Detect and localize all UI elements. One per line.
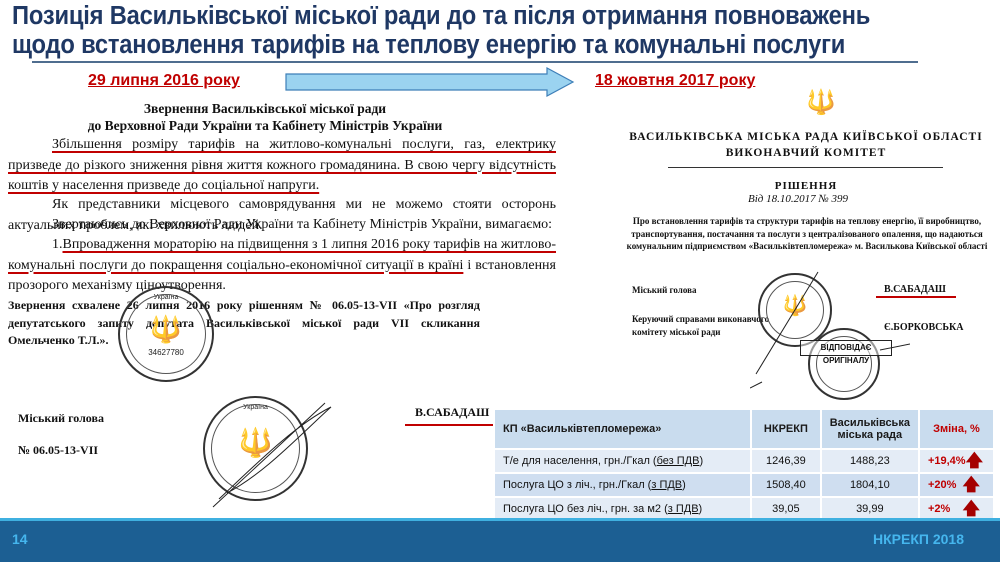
left-doc-heading-1: Звернення Васильківської міської ради (100, 100, 430, 117)
left-mayor-label: Міський голова (18, 408, 104, 429)
right-mayor-label: Міський голова (632, 284, 697, 297)
table-header-row: КП «Васильківтепломережа» НКРЕКП Васильк… (495, 410, 995, 450)
left-mayor-name: В.САБАДАШ (415, 402, 489, 423)
coat-of-arms-icon: 🔱 (806, 88, 836, 117)
arrow-up-icon: 🡅 (963, 503, 980, 515)
decision-date-number: Від 18.10.2017 № 399 (748, 193, 848, 206)
table-row: Т/е для населення, грн./Гкал (без ПДВ) 1… (495, 450, 995, 474)
trident-icon: 🔱 (150, 314, 182, 345)
table-row: Послуга ЦО з ліч., грн./Гкал (з ПДВ) 150… (495, 474, 995, 498)
header-enterprise: КП «Васильківтепломережа» (495, 410, 752, 450)
slide-title: Позиція Васильківської міської ради до т… (12, 2, 923, 60)
page-number: 14 (12, 531, 28, 547)
date-after: 18 жовтня 2017 року (595, 72, 755, 90)
slide-footer: 14 НКРЕКП 2018 (0, 521, 1000, 562)
left-doc-para-1: Збільшення розміру тарифів на житлово-ко… (8, 135, 556, 197)
timeline-arrow-icon (285, 67, 575, 97)
footer-brand: НКРЕКП 2018 (873, 531, 964, 547)
header-rule (668, 167, 943, 168)
signature-icon (205, 395, 335, 515)
left-doc-number: № 06.05-13-VII (18, 440, 98, 461)
left-doc-approval: Звернення схвалене 26 липня 2016 року рі… (8, 297, 480, 350)
highlighted-text: Збільшення розміру тарифів на житлово-ко… (8, 137, 556, 193)
header-change: Зміна, % (920, 410, 995, 450)
arrow-up-icon: 🡅 (963, 479, 980, 491)
header-nkrekp: НКРЕКП (752, 410, 822, 450)
mayor-name-underline (405, 424, 493, 426)
title-divider (32, 61, 918, 63)
slide-title-line2: щодо встановлення тарифів на теплову ене… (12, 31, 923, 60)
org-name-line2: ВИКОНАВЧИЙ КОМІТЕТ (620, 145, 992, 162)
header-council: Васильківська міська рада (822, 410, 920, 450)
date-before: 29 липня 2016 року (88, 72, 240, 90)
left-doc-heading-2: до Верховної Ради України та Кабінету Мі… (70, 117, 460, 134)
tariff-comparison-table: КП «Васильківтепломережа» НКРЕКП Васильк… (495, 410, 995, 522)
arrow-up-icon: 🡅 (966, 455, 983, 467)
official-stamp: Україна 🔱 34627780 (118, 286, 214, 382)
org-name-line1: ВАСИЛЬКІВСЬКА МІСЬКА РАДА КИЇВСЬКОЇ ОБЛА… (620, 129, 992, 146)
left-doc-para-4: 1.Впровадження мораторію на підвищення з… (8, 235, 556, 297)
slide-title-line1: Позиція Васильківської міської ради до т… (12, 2, 923, 31)
signature-icon (750, 270, 910, 390)
decision-subject: Про встановлення тарифів та структури та… (622, 215, 992, 253)
left-doc-para-3: Звертаючись до Верховної Ради України та… (8, 215, 556, 236)
